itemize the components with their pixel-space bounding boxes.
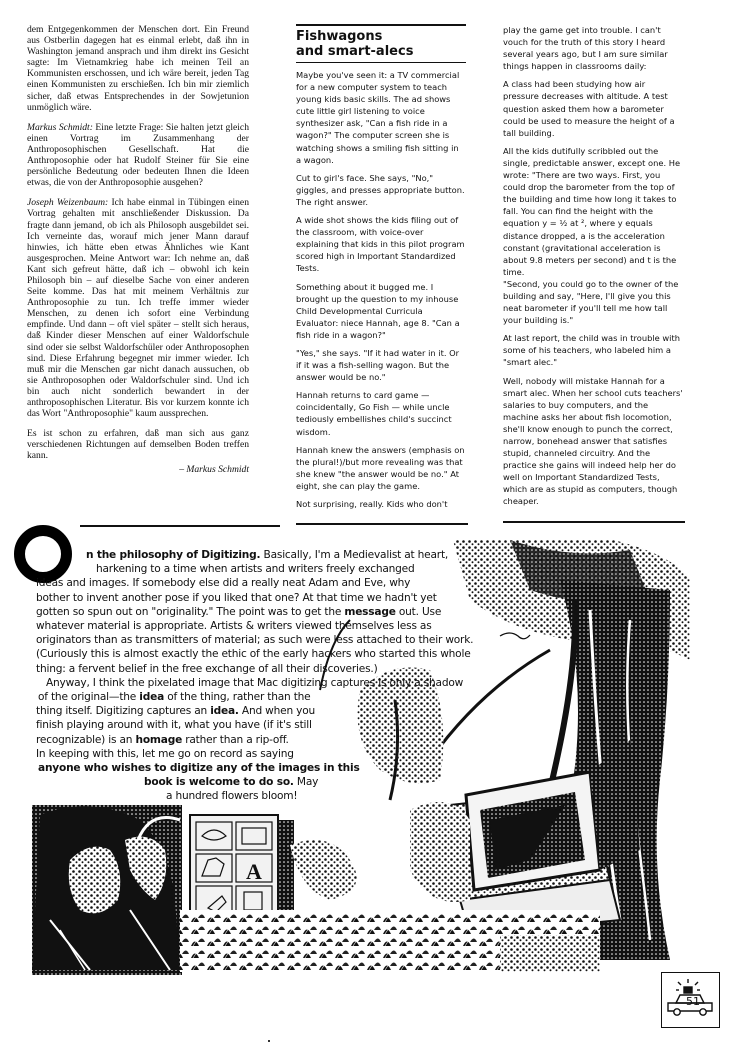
essay-line: thing: a fervent belief in the free exch… [36,662,506,676]
essay-line: n the philosophy of Digitizing. Basicall… [36,548,506,562]
section-rule [80,525,280,527]
signature: – Markus Schmidt [27,464,249,475]
essay-line: finish playing around with it, what you … [36,718,506,732]
paragraph: play the game get into trouble. I can't … [503,24,683,72]
essay-text: originators than as transmitters of mate… [36,634,473,646]
essay-line: Anyway, I think the pixelated image that… [36,676,506,690]
headline-rule [296,62,466,63]
paragraph: Hannah returns to card game — coincident… [296,389,466,437]
essay-text: (Curiously this is almost exactly the et… [36,648,471,660]
essay-line: originators than as transmitters of mate… [36,633,506,647]
paragraph-text: Ich habe einmal in Tübingen einen Vortra… [27,197,249,419]
kissing-couple-image [32,805,182,975]
essay-text: recognizable) is an [36,734,135,746]
paragraph: Maybe you've seen it: a TV commercial fo… [296,69,466,166]
essay-text: ideas and images. If somebody else did a… [36,577,410,589]
essay-text: of the original—the [38,691,139,703]
essay-text: gotten so spun out on "originality." The… [36,606,344,618]
article-headline: Fishwagons and smart-alecs [296,29,466,59]
paragraph: A class had been studying how air pressu… [503,78,683,138]
foliage [180,802,600,972]
essay-text: whatever material is appropriate. Artist… [36,620,432,632]
essay-line: (Curiously this is almost exactly the et… [36,647,506,661]
paragraph: "Yes," she says. "If it had water in it.… [296,347,466,383]
emphasized-text: anyone who wishes to digitize any of the… [38,762,360,774]
paragraph: Not surprising, really. Kids who don't [296,498,466,510]
paragraph: Cut to girl's face. She says, "No," gigg… [296,172,466,208]
headline-line: and smart-alecs [296,44,466,59]
scan-speck [268,1040,270,1042]
essay-line: book is welcome to do so. May [36,775,506,789]
essay-text: finish playing around with it, what you … [36,719,312,731]
essay-line: gotten so spun out on "originality." The… [36,605,506,619]
paragraph: Something about it bugged me. I brought … [296,281,466,341]
headline-rule [296,24,466,26]
essay-text: In keeping with this, let me go on recor… [36,748,294,760]
page-number-badge: 51 [661,972,720,1028]
essay-line: whatever material is appropriate. Artist… [36,619,506,633]
emphasized-text: book is welcome to do so. [144,776,294,788]
essay-text: out. Use [396,606,441,618]
essay-text: a hundred flowers bloom! [166,790,297,802]
emphasized-text: idea. [210,705,239,717]
stone-tablet-with-tool-icons: A [190,815,294,950]
paragraph: Well, nobody will mistake Hannah for a s… [503,375,683,508]
page-number: 51 [686,995,700,1008]
essay-text: May [294,776,318,788]
essay-line: bother to invent another pose if you lik… [36,591,506,605]
essay-text: thing: a fervent belief in the free exch… [36,663,378,675]
essay-text: bother to invent another pose if you lik… [36,592,437,604]
paragraph: A wide shot shows the kids filing out of… [296,214,466,274]
paragraph: "Second, you could go to the owner of th… [503,278,683,326]
paragraph: Markus Schmidt: Eine letzte Frage: Sie h… [27,122,249,189]
essay-line: anyone who wishes to digitize any of the… [36,761,506,775]
digitizing-essay: n the philosophy of Digitizing. Basicall… [36,548,506,804]
article-column-right: play the game get into trouble. I can't … [503,24,683,514]
paragraph: All the kids dutifully scribbled out the… [503,145,683,278]
column-rule [296,523,468,525]
essay-line: a hundred flowers bloom! [36,789,506,803]
emphasized-text: homage [135,734,182,746]
essay-line: of the original—the idea of the thing, r… [36,690,506,704]
speaker-label: Joseph Weizenbaum: [27,197,108,208]
paragraph: Joseph Weizenbaum: Ich habe einmal in Tü… [27,197,249,419]
speaker-label: Markus Schmidt: [27,122,93,133]
emphasized-text: message [344,606,395,618]
paragraph: At last report, the child was in trouble… [503,332,683,368]
essay-text: thing itself. Digitizing captures an [36,705,210,717]
essay-text: rather than a rip-off. [182,734,289,746]
essay-line: In keeping with this, let me go on recor… [36,747,506,761]
interview-column: dem Entgegenkommen der Menschen dort. Ei… [27,24,249,485]
essay-text: of the thing, rather than the [164,691,310,703]
essay-line: recognizable) is an homage rather than a… [36,733,506,747]
paragraph: dem Entgegenkommen der Menschen dort. Ei… [27,24,249,113]
column-rule [503,521,685,523]
paragraph: Hannah knew the answers (emphasis on the… [296,444,466,492]
essay-text: Basically, I'm a Medievalist at heart, [260,549,448,561]
headline-line: Fishwagons [296,29,466,44]
article-column-middle: Fishwagons and smart-alecs Maybe you've … [296,24,466,516]
essay-line: harkening to a time when artists and wri… [36,562,506,576]
essay-line: thing itself. Digitizing captures an ide… [36,704,506,718]
essay-line: ideas and images. If somebody else did a… [36,576,506,590]
paragraph-text: dem Entgegenkommen der Menschen dort. Ei… [27,24,249,113]
emphasized-text: idea [139,691,164,703]
paragraph-text: Es ist schon zu erfahren, daß man sich a… [27,428,249,461]
essay-text: And when you [239,705,315,717]
paragraph: Es ist schon zu erfahren, daß man sich a… [27,428,249,461]
essay-text: Anyway, I think the pixelated image that… [46,677,463,689]
essay-text: harkening to a time when artists and wri… [96,563,415,575]
emphasized-text: n the philosophy of Digitizing. [86,549,260,561]
svg-text:A: A [246,859,262,884]
